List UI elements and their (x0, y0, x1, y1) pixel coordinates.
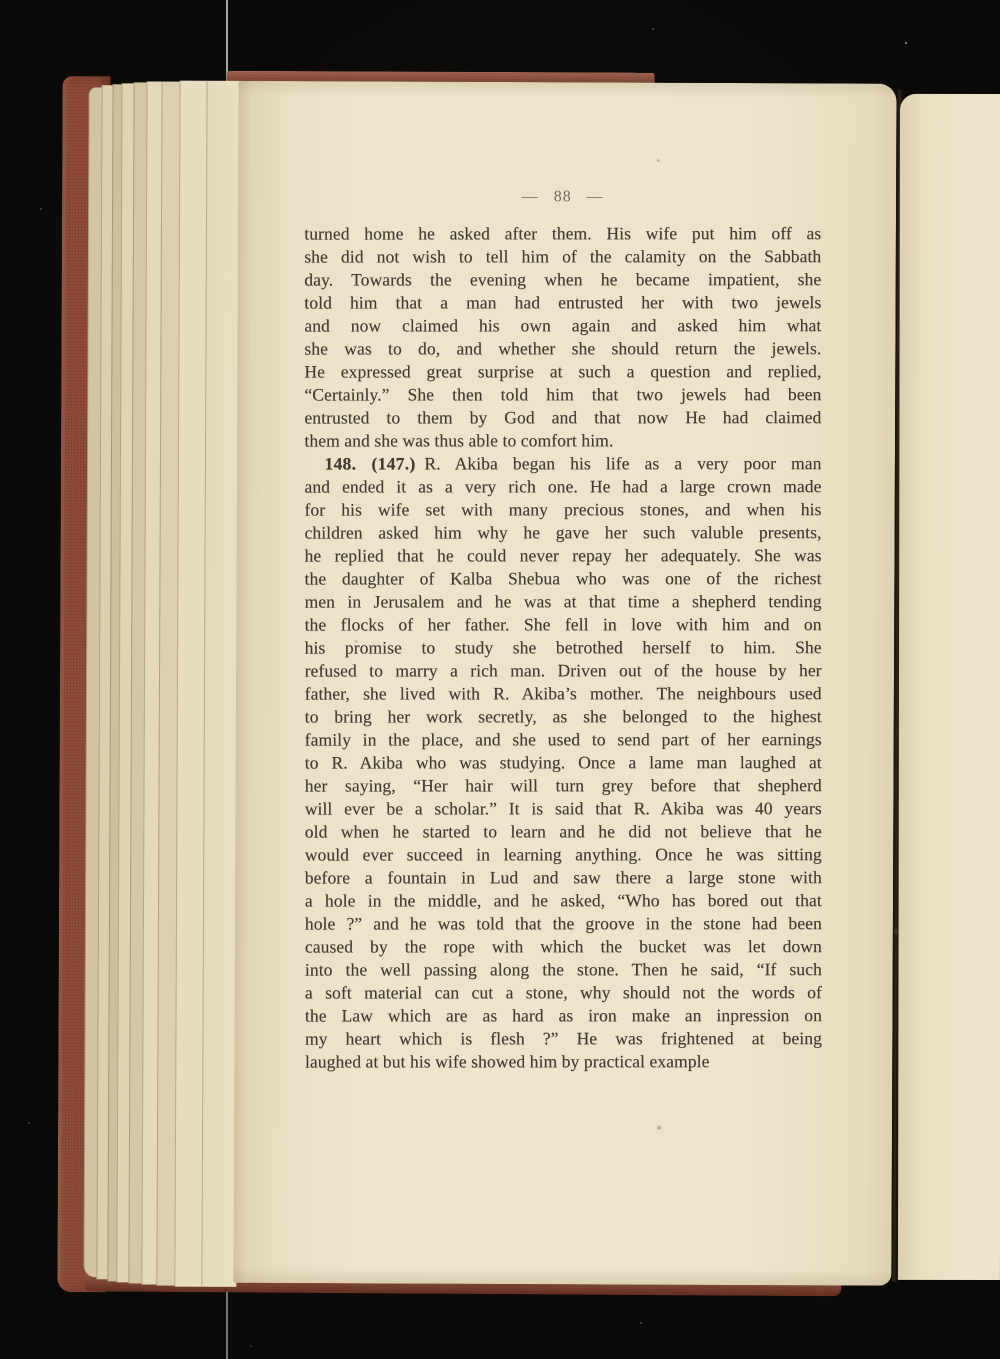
page-number: — 88 — (304, 188, 821, 206)
text-line: them and she was thus able to comfort hi… (304, 429, 821, 452)
turned-pages-stack (83, 80, 240, 1287)
text-line: the Law which are as hard as iron make a… (305, 1004, 822, 1027)
text-line: she did not wish to tell him of the cala… (304, 245, 821, 268)
text-line: and ended it as a very rich one. He had … (304, 475, 821, 498)
text-line: to bring her work secretly, as she belon… (305, 705, 822, 728)
text-line: before a fountain in Lud and saw there a… (305, 866, 822, 889)
text-line: hole ?” and he was told that the groove … (305, 912, 822, 935)
text-line: men in Jerusalem and he was at that time… (305, 590, 822, 613)
text-line: her saying, “Her hair will turn grey bef… (305, 774, 822, 797)
text-line: told him that a man had entrusted her wi… (304, 291, 821, 314)
text-line: refused to marry a rich man. Driven out … (305, 659, 822, 682)
text-line: entrusted to them by God and that now He… (304, 406, 821, 429)
text-line: into the well passing along the stone. T… (305, 958, 822, 981)
text-line: caused by the rope with which the bucket… (305, 935, 822, 958)
text-line: for his wife set with many precious ston… (304, 498, 821, 521)
next-page-edge (898, 94, 1000, 1280)
page-content: — 88 — turned home he asked after them. … (238, 82, 897, 1285)
book-page: — 88 — turned home he asked after them. … (233, 81, 896, 1286)
text-line: family in the place, and she used to sen… (305, 728, 822, 751)
text-line: he replied that he could never repay her… (305, 544, 822, 567)
text-line: will ever be a scholar.” It is said that… (305, 797, 822, 820)
text-line: father, she lived with R. Akiba’s mother… (305, 682, 822, 705)
text-line: turned home he asked after them. His wif… (304, 222, 821, 245)
text-line: the flocks of her father. She fell in lo… (305, 613, 822, 636)
photo-backdrop: — 88 — turned home he asked after them. … (0, 0, 1000, 1359)
text-line: 148. (147.) R. Akiba began his life as a… (304, 452, 821, 475)
text-line: my heart which is flesh ?” He was fright… (305, 1027, 822, 1050)
open-book: — 88 — turned home he asked after them. … (0, 0, 1000, 1359)
text-line: children asked him why he gave her such … (304, 521, 821, 544)
text-line: would ever succeed in learning anything.… (305, 843, 822, 866)
text-line: old when he started to learn and he did … (305, 820, 822, 843)
text-line: and now claimed his own again and asked … (304, 314, 821, 337)
page-text: turned home he asked after them. His wif… (304, 222, 822, 1073)
text-line: to R. Akiba who was studying. Once a lam… (305, 751, 822, 774)
text-line: his promise to study she betrothed herse… (305, 636, 822, 659)
text-line: the daughter of Kalba Shebua who was one… (305, 567, 822, 590)
text-line: day. Towards the evening when he became … (304, 268, 821, 291)
text-line: a soft material can cut a stone, why sho… (305, 981, 822, 1004)
text-line: “Certainly.” She then told him that two … (304, 383, 821, 406)
dust-speckles (0, 0, 2, 2)
text-line: a hole in the middle, and he asked, “Who… (305, 889, 822, 912)
text-line: He expressed great surprise at such a qu… (304, 360, 821, 383)
text-line: she was to do, and whether she should re… (304, 337, 821, 360)
section-number: 148. (147.) (324, 453, 415, 473)
text-line: laughed at but his wife showed him by pr… (305, 1050, 822, 1073)
